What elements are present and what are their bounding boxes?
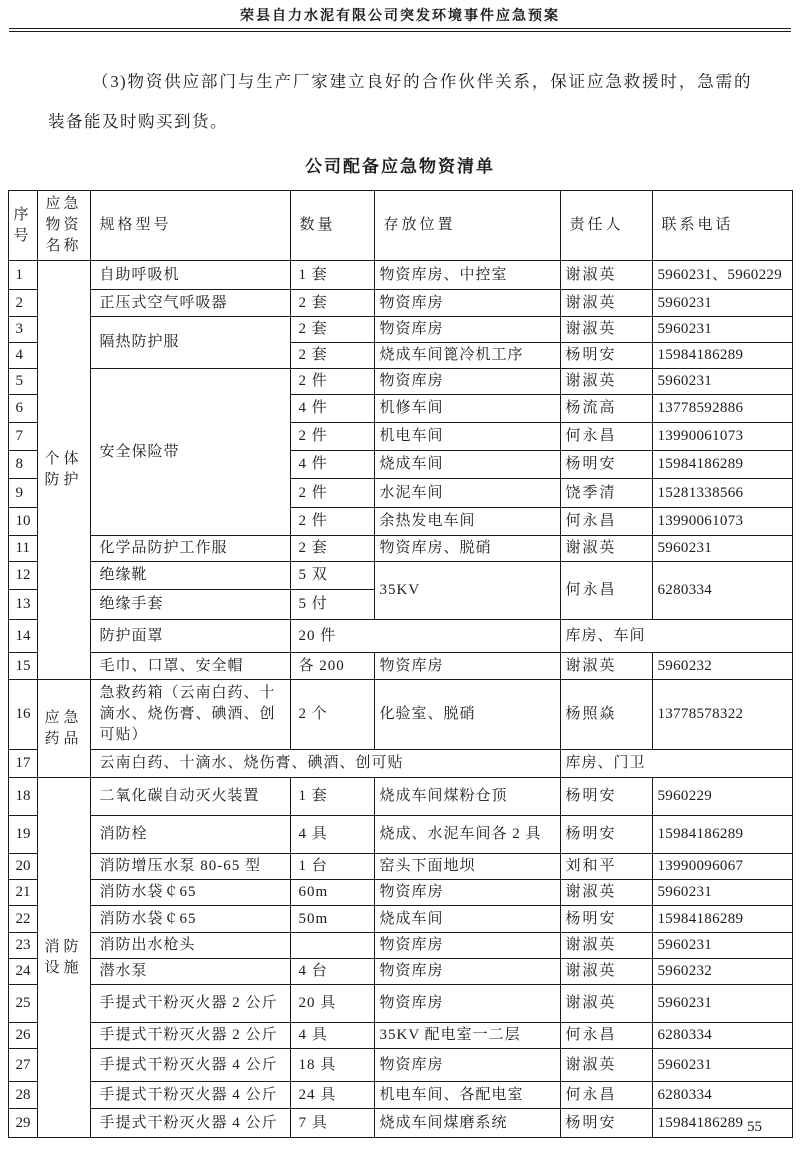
person-cell: 何永昌 (560, 508, 652, 536)
row-number-cell: 12 (8, 562, 37, 590)
row-number-cell: 19 (8, 816, 37, 854)
phone-cell: 5960232 (652, 959, 792, 985)
phone-cell: 5960231 (652, 985, 792, 1023)
phone-cell: 13778578322 (652, 680, 792, 750)
person-cell: 何永昌 (560, 1082, 652, 1109)
table-row: 23消防出水枪头物资库房谢淑英5960231 (8, 933, 792, 959)
phone-cell: 5960231 (652, 880, 792, 906)
phone-cell: 6280334 (652, 1082, 792, 1109)
phone-cell: 13990096067 (652, 854, 792, 880)
table-row: 27手提式干粉灭火器 4 公斤18 具物资库房谢淑英5960231 (8, 1049, 792, 1082)
supplies-table: 序号 应急物资名称 规格型号 数量 存放位置 责任人 联系电话 1个体防护自助呼… (8, 190, 793, 1138)
quantity-cell: 1 套 (290, 261, 374, 290)
location-cell: 物资库房 (374, 369, 560, 395)
phone-cell: 5960231 (652, 369, 792, 395)
row-number-cell: 5 (8, 369, 37, 395)
table-row: 15毛巾、口罩、安全帽各 200物资库房谢淑英5960232 (8, 653, 792, 680)
location-cell: 库房、门卫 (560, 750, 792, 778)
table-row: 2正压式空气呼吸器2 套物资库房谢淑英5960231 (8, 290, 792, 317)
location-cell: 物资库房 (374, 1049, 560, 1082)
person-cell: 谢淑英 (560, 369, 652, 395)
quantity-cell: 2 个 (290, 680, 374, 750)
col-header-quantity: 数量 (290, 191, 374, 261)
quantity-cell: 24 具 (290, 1082, 374, 1109)
location-cell: 烧成车间煤粉仓顶 (374, 778, 560, 816)
row-number-cell: 18 (8, 778, 37, 816)
phone-cell: 13990061073 (652, 508, 792, 536)
col-header-location: 存放位置 (374, 191, 560, 261)
spec-cell: 手提式干粉灭火器 4 公斤 (90, 1082, 290, 1109)
row-number-cell: 20 (8, 854, 37, 880)
phone-cell: 5960231 (652, 290, 792, 317)
category-cell: 应急药品 (37, 680, 90, 778)
person-cell: 谢淑英 (560, 933, 652, 959)
row-number-cell: 24 (8, 959, 37, 985)
header-divider (9, 28, 791, 32)
location-cell: 水泥车间 (374, 479, 560, 508)
table-row: 21消防水袋￠6560m物资库房谢淑英5960231 (8, 880, 792, 906)
row-number-cell: 21 (8, 880, 37, 906)
row-number-cell: 6 (8, 395, 37, 423)
person-cell: 杨明安 (560, 906, 652, 933)
table-row: 28手提式干粉灭火器 4 公斤24 具机电车间、各配电室何永昌6280334 (8, 1082, 792, 1109)
phone-cell: 15984186289 (652, 816, 792, 854)
quantity-cell: 2 套 (290, 317, 374, 343)
person-cell: 杨明安 (560, 1109, 652, 1138)
quantity-cell: 各 200 (290, 653, 374, 680)
quantity-cell: 5 双 (290, 562, 374, 590)
quantity-cell: 2 件 (290, 423, 374, 451)
table-title: 公司配备应急物资清单 (0, 152, 800, 177)
location-cell: 烧成车间 (374, 451, 560, 479)
person-cell: 杨流高 (560, 395, 652, 423)
quantity-cell: 2 件 (290, 369, 374, 395)
location-cell: 烧成车间煤磨系统 (374, 1109, 560, 1138)
person-cell: 何永昌 (560, 1023, 652, 1049)
table-row: 12绝缘靴5 双35KV何永昌6280334 (8, 562, 792, 590)
location-cell: 烧成车间 (374, 906, 560, 933)
location-cell: 物资库房、脱硝 (374, 536, 560, 562)
quantity-cell: 2 件 (290, 508, 374, 536)
col-header-index: 序号 (8, 191, 37, 261)
col-header-person: 责任人 (560, 191, 652, 261)
row-number-cell: 26 (8, 1023, 37, 1049)
location-cell: 烧成车间篦冷机工序 (374, 343, 560, 369)
spec-cell: 安全保险带 (90, 369, 290, 536)
quantity-cell: 20 件 (290, 620, 560, 653)
table-row: 1个体防护自助呼吸机1 套物资库房、中控室谢淑英5960231、5960229 (8, 261, 792, 290)
table-row: 25手提式干粉灭火器 2 公斤20 具物资库房谢淑英5960231 (8, 985, 792, 1023)
table-row: 14防护面罩20 件库房、车间 (8, 620, 792, 653)
col-header-spec: 规格型号 (90, 191, 290, 261)
row-number-cell: 4 (8, 343, 37, 369)
person-cell: 杨明安 (560, 816, 652, 854)
quantity-cell: 2 套 (290, 343, 374, 369)
spec-cell: 二氧化碳自动灭火装置 (90, 778, 290, 816)
person-cell: 何永昌 (560, 562, 652, 620)
spec-cell: 绝缘手套 (90, 590, 290, 620)
category-cell: 个体防护 (37, 261, 90, 680)
spec-cell: 正压式空气呼吸器 (90, 290, 290, 317)
spec-cell: 消防出水枪头 (90, 933, 290, 959)
spec-cell: 消防栓 (90, 816, 290, 854)
person-cell: 杨照焱 (560, 680, 652, 750)
spec-cell: 手提式干粉灭火器 4 公斤 (90, 1109, 290, 1138)
location-cell: 物资库房 (374, 290, 560, 317)
spec-cell: 潜水泵 (90, 959, 290, 985)
quantity-cell: 2 套 (290, 290, 374, 317)
person-cell: 谢淑英 (560, 880, 652, 906)
quantity-cell: 4 件 (290, 451, 374, 479)
location-cell: 35KV (374, 562, 560, 620)
phone-cell: 15984186289 (652, 343, 792, 369)
quantity-cell: 4 具 (290, 816, 374, 854)
location-cell: 物资库房、中控室 (374, 261, 560, 290)
quantity-cell (290, 933, 374, 959)
person-cell: 谢淑英 (560, 317, 652, 343)
quantity-cell: 1 套 (290, 778, 374, 816)
table-row: 20消防增压水泵 80-65 型1 台窑头下面地坝刘和平13990096067 (8, 854, 792, 880)
phone-cell: 13990061073 (652, 423, 792, 451)
row-number-cell: 8 (8, 451, 37, 479)
person-cell: 谢淑英 (560, 653, 652, 680)
quantity-cell: 18 具 (290, 1049, 374, 1082)
phone-cell: 5960231、5960229 (652, 261, 792, 290)
phone-cell: 15984186289 (652, 451, 792, 479)
person-cell: 杨明安 (560, 451, 652, 479)
spec-cell: 隔热防护服 (90, 317, 290, 369)
phone-cell: 5960231 (652, 933, 792, 959)
row-number-cell: 27 (8, 1049, 37, 1082)
table-row: 24潜水泵4 台物资库房谢淑英5960232 (8, 959, 792, 985)
spec-cell: 毛巾、口罩、安全帽 (90, 653, 290, 680)
location-cell: 余热发电车间 (374, 508, 560, 536)
row-number-cell: 29 (8, 1109, 37, 1138)
spec-cell: 消防增压水泵 80-65 型 (90, 854, 290, 880)
table-row: 5安全保险带2 件物资库房谢淑英5960231 (8, 369, 792, 395)
quantity-cell: 1 台 (290, 854, 374, 880)
location-cell: 物资库房 (374, 959, 560, 985)
spec-cell: 消防水袋￠65 (90, 906, 290, 933)
quantity-cell: 2 件 (290, 479, 374, 508)
phone-cell: 5960232 (652, 653, 792, 680)
person-cell: 谢淑英 (560, 985, 652, 1023)
table-row: 29手提式干粉灭火器 4 公斤7 具烧成车间煤磨系统杨明安15984186289 (8, 1109, 792, 1138)
spec-cell: 急救药箱（云南白药、十滴水、烧伤膏、碘酒、创可贴） (90, 680, 290, 750)
row-number-cell: 16 (8, 680, 37, 750)
row-number-cell: 22 (8, 906, 37, 933)
person-cell: 杨明安 (560, 343, 652, 369)
spec-cell: 消防水袋￠65 (90, 880, 290, 906)
category-cell: 消防设施 (37, 778, 90, 1138)
spec-cell: 自助呼吸机 (90, 261, 290, 290)
phone-cell: 6280334 (652, 1023, 792, 1049)
table-row: 3隔热防护服2 套物资库房谢淑英5960231 (8, 317, 792, 343)
quantity-cell: 4 台 (290, 959, 374, 985)
row-number-cell: 2 (8, 290, 37, 317)
spec-cell: 云南白药、十滴水、烧伤膏、碘酒、创可贴 (90, 750, 560, 778)
location-cell: 机电车间、各配电室 (374, 1082, 560, 1109)
phone-cell: 13778592886 (652, 395, 792, 423)
location-cell: 物资库房 (374, 653, 560, 680)
location-cell: 窑头下面地坝 (374, 854, 560, 880)
quantity-cell: 2 套 (290, 536, 374, 562)
table-row: 11化学品防护工作服2 套物资库房、脱硝谢淑英5960231 (8, 536, 792, 562)
location-cell: 化验室、脱硝 (374, 680, 560, 750)
row-number-cell: 3 (8, 317, 37, 343)
table-row: 17云南白药、十滴水、烧伤膏、碘酒、创可贴库房、门卫 (8, 750, 792, 778)
person-cell: 刘和平 (560, 854, 652, 880)
quantity-cell: 4 件 (290, 395, 374, 423)
row-number-cell: 9 (8, 479, 37, 508)
row-number-cell: 13 (8, 590, 37, 620)
location-cell: 物资库房 (374, 933, 560, 959)
location-cell: 物资库房 (374, 880, 560, 906)
spec-cell: 手提式干粉灭火器 4 公斤 (90, 1049, 290, 1082)
person-cell: 谢淑英 (560, 261, 652, 290)
row-number-cell: 10 (8, 508, 37, 536)
page-number: 55 (747, 1119, 762, 1136)
phone-cell: 15281338566 (652, 479, 792, 508)
spec-cell: 化学品防护工作服 (90, 536, 290, 562)
phone-cell: 5960231 (652, 317, 792, 343)
location-cell: 物资库房 (374, 317, 560, 343)
quantity-cell: 7 具 (290, 1109, 374, 1138)
phone-cell: 15984186289 (652, 906, 792, 933)
person-cell: 谢淑英 (560, 290, 652, 317)
location-cell: 机修车间 (374, 395, 560, 423)
table-row: 26手提式干粉灭火器 2 公斤4 具35KV 配电室一二层何永昌6280334 (8, 1023, 792, 1049)
location-cell: 35KV 配电室一二层 (374, 1023, 560, 1049)
row-number-cell: 14 (8, 620, 37, 653)
row-number-cell: 15 (8, 653, 37, 680)
row-number-cell: 1 (8, 261, 37, 290)
person-cell: 杨明安 (560, 778, 652, 816)
row-number-cell: 7 (8, 423, 37, 451)
phone-cell: 15984186289 (652, 1109, 792, 1138)
col-header-name: 应急物资名称 (37, 191, 90, 261)
row-number-cell: 28 (8, 1082, 37, 1109)
location-cell: 机电车间 (374, 423, 560, 451)
person-cell: 谢淑英 (560, 1049, 652, 1082)
person-cell: 饶季清 (560, 479, 652, 508)
person-cell: 何永昌 (560, 423, 652, 451)
supplies-table-body: 1个体防护自助呼吸机1 套物资库房、中控室谢淑英5960231、59602292… (8, 261, 792, 1138)
person-cell: 谢淑英 (560, 959, 652, 985)
doc-header-title: 荣县自力水泥有限公司突发环境事件应急预案 (9, 0, 791, 25)
spec-cell: 手提式干粉灭火器 2 公斤 (90, 1023, 290, 1049)
phone-cell: 6280334 (652, 562, 792, 620)
table-row: 19消防栓4 具烧成、水泥车间各 2 具杨明安15984186289 (8, 816, 792, 854)
location-cell: 物资库房 (374, 985, 560, 1023)
spec-cell: 防护面罩 (90, 620, 290, 653)
quantity-cell: 5 付 (290, 590, 374, 620)
phone-cell: 5960229 (652, 778, 792, 816)
phone-cell: 5960231 (652, 1049, 792, 1082)
row-number-cell: 17 (8, 750, 37, 778)
table-row: 18消防设施二氧化碳自动灭火装置1 套烧成车间煤粉仓顶杨明安5960229 (8, 778, 792, 816)
col-header-phone: 联系电话 (652, 191, 792, 261)
location-cell: 库房、车间 (560, 620, 792, 653)
row-number-cell: 23 (8, 933, 37, 959)
table-row: 22消防水袋￠6550m烧成车间杨明安15984186289 (8, 906, 792, 933)
body-paragraph: （3)物资供应部门与生产厂家建立良好的合作伙伴关系，保证应急救援时，急需的装备能… (48, 62, 752, 142)
location-cell: 烧成、水泥车间各 2 具 (374, 816, 560, 854)
person-cell: 谢淑英 (560, 536, 652, 562)
spec-cell: 手提式干粉灭火器 2 公斤 (90, 985, 290, 1023)
row-number-cell: 11 (8, 536, 37, 562)
row-number-cell: 25 (8, 985, 37, 1023)
table-header-row: 序号 应急物资名称 规格型号 数量 存放位置 责任人 联系电话 (8, 191, 792, 261)
quantity-cell: 50m (290, 906, 374, 933)
quantity-cell: 4 具 (290, 1023, 374, 1049)
quantity-cell: 20 具 (290, 985, 374, 1023)
phone-cell: 5960231 (652, 536, 792, 562)
spec-cell: 绝缘靴 (90, 562, 290, 590)
quantity-cell: 60m (290, 880, 374, 906)
document-page: 荣县自力水泥有限公司突发环境事件应急预案 （3)物资供应部门与生产厂家建立良好的… (0, 0, 800, 1163)
table-row: 16应急药品急救药箱（云南白药、十滴水、烧伤膏、碘酒、创可贴）2 个化验室、脱硝… (8, 680, 792, 750)
